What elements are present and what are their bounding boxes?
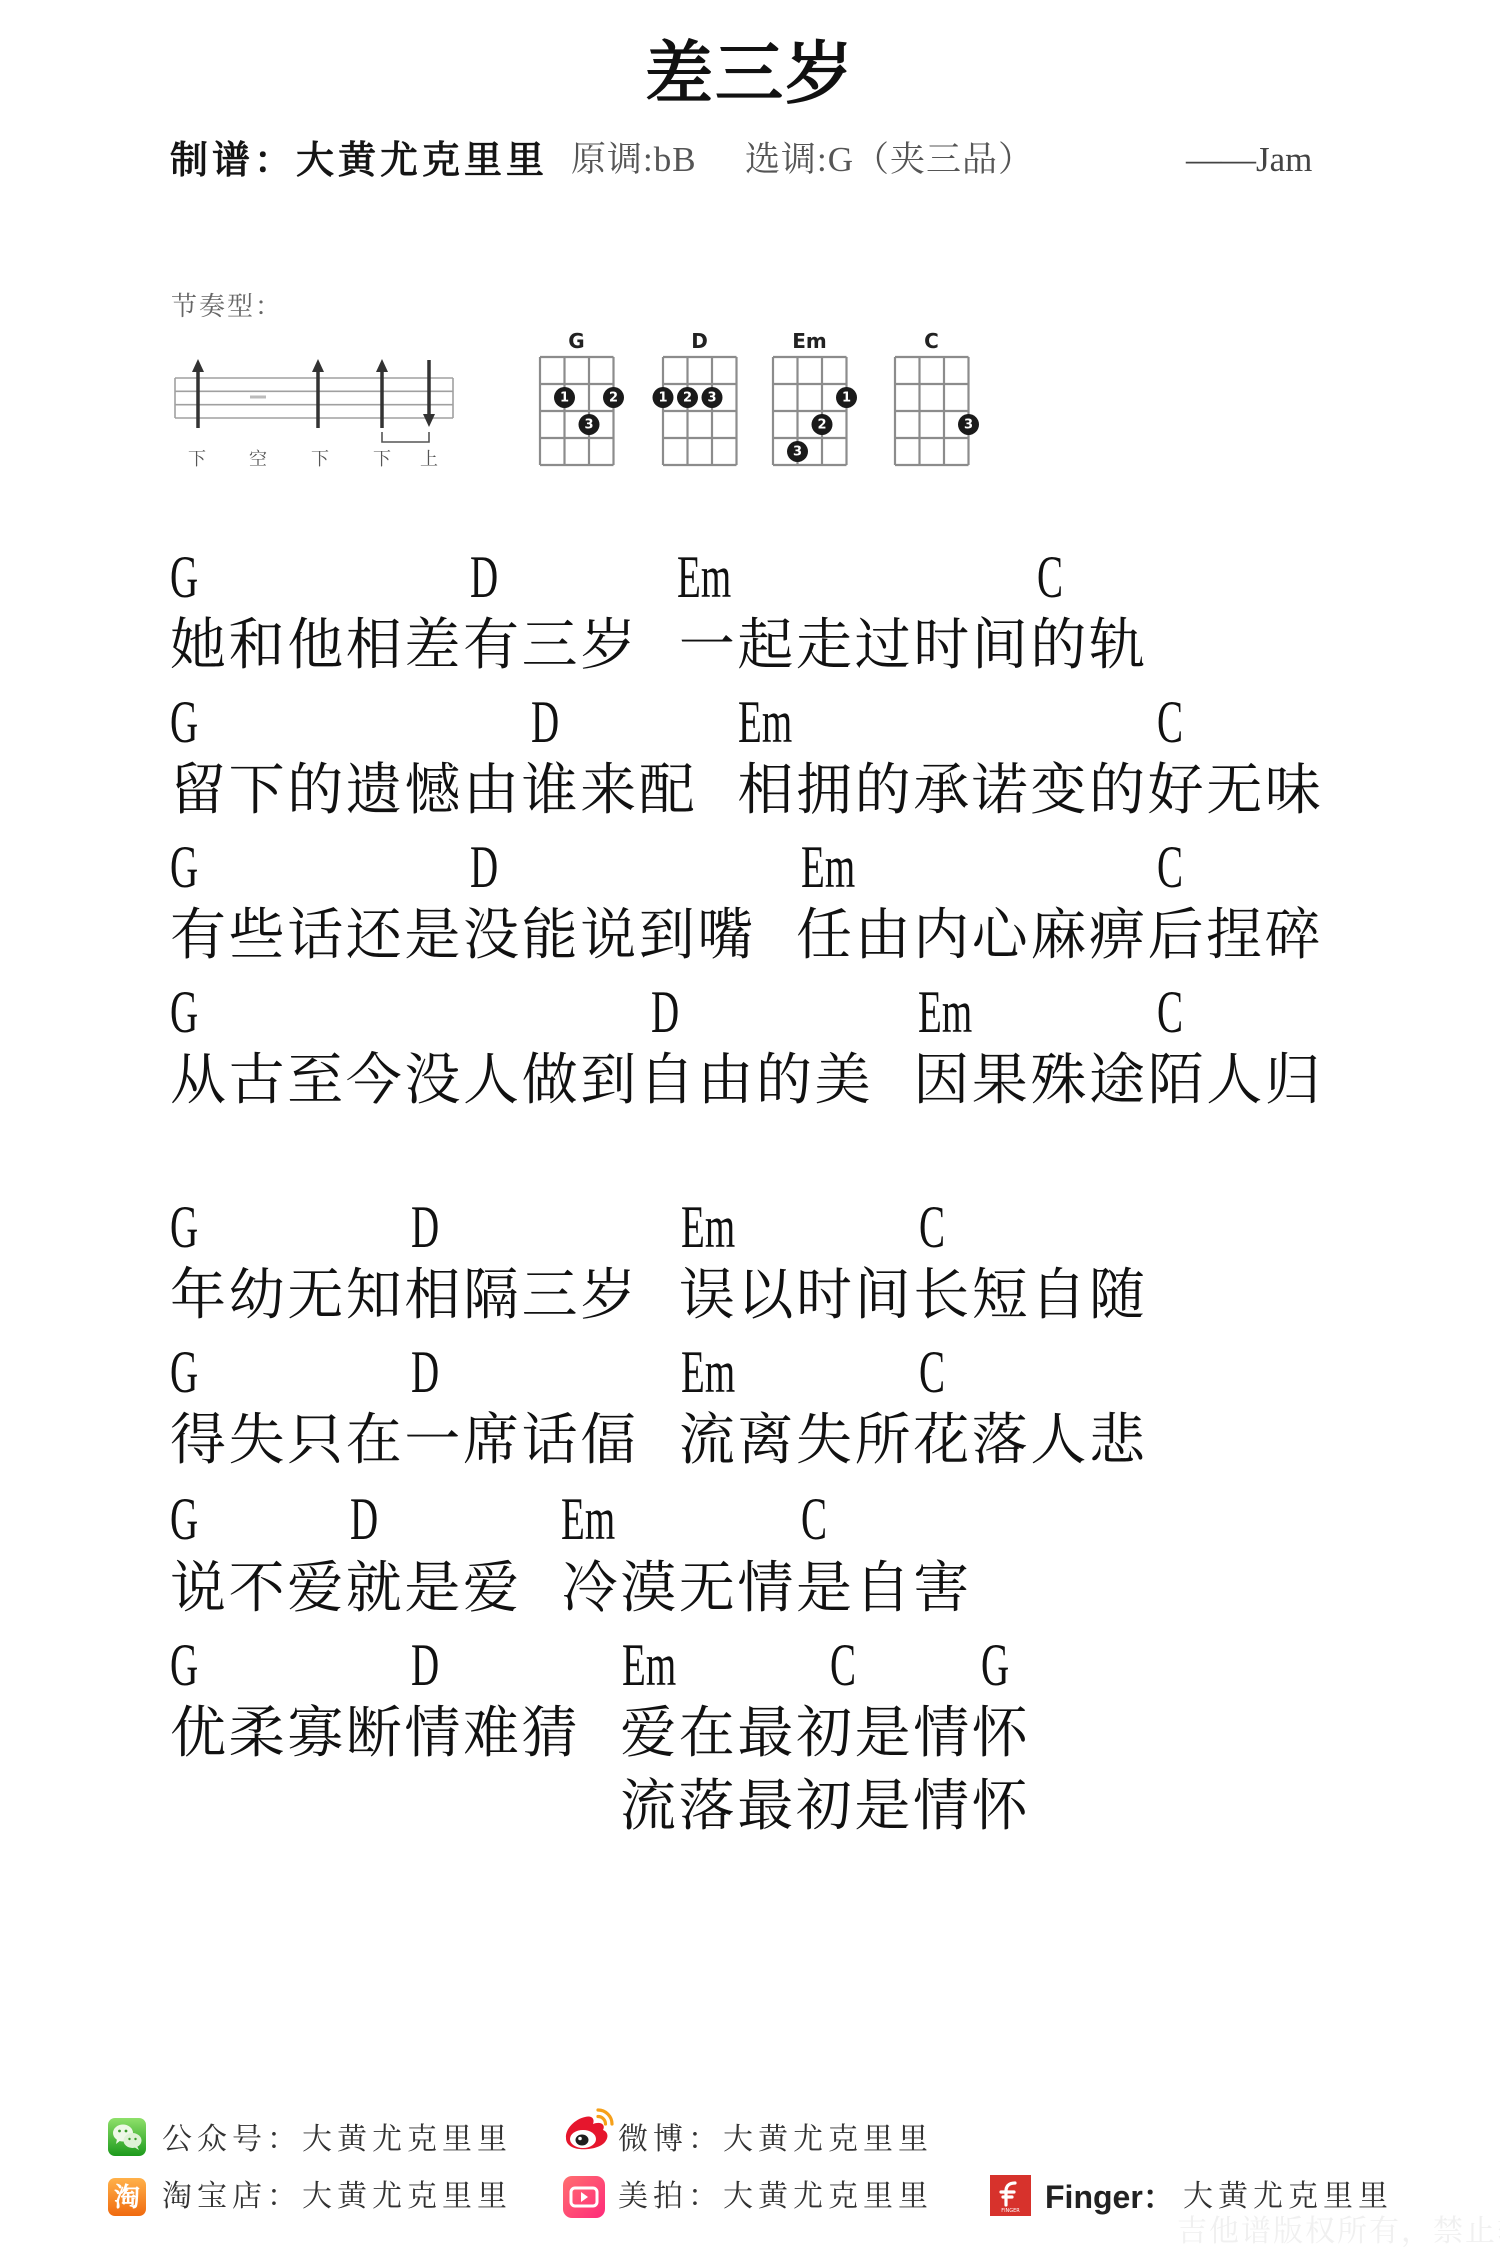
lyric-line: 从古至今没人做到自由的美因果殊途陌人归 [170, 1053, 1323, 1109]
lyric-phrase: 年幼无知相隔三岁 [170, 1263, 639, 1328]
eighth-note-bracket [382, 432, 429, 442]
lyric-line: 流落最初是情怀 [620, 1779, 1030, 1835]
strum-down-arrow-icon [423, 360, 435, 427]
svg-text:3: 3 [584, 418, 593, 433]
footer-value: 大黄尤克里里 [302, 2179, 512, 2214]
chord-label: Em [918, 982, 972, 1042]
lyric-phrase: 有些话还是没能说到嘴 [170, 903, 756, 968]
chord-label: Em [561, 1489, 615, 1549]
lyric-line: 说不爱就是爱冷漠无情是自害 [170, 1561, 972, 1617]
watermark: 吉他谱版权所有，禁止转载 [1177, 2214, 1500, 2250]
chord-label: G [170, 1342, 198, 1402]
footer-label: 美拍： [618, 2179, 723, 2214]
lyric-phrase: 留下的遗憾由谁来配 [170, 758, 697, 823]
footer-label: 公众号： [162, 2122, 302, 2157]
finger-dot: 3 [787, 441, 808, 462]
footer-label: 淘宝店： [162, 2179, 302, 2214]
footer-value: 大黄尤克里里 [723, 2179, 933, 2214]
stroke-label: 下 [370, 449, 394, 471]
stroke-label: 下 [308, 449, 332, 471]
selected-key: 选调:G（夹三品） [745, 140, 1034, 180]
lyric-line: 优柔寡断情难猜爱在最初是情怀 [170, 1706, 1030, 1762]
lyric-phrase: 说不爱就是爱 [170, 1556, 522, 1621]
lyric-phrase: 爱在最初是情怀 [620, 1701, 1030, 1766]
song-title: 差三岁 [0, 40, 1500, 110]
finger-app-icon: FINGER [990, 2175, 1031, 2220]
chord-label: C [1157, 982, 1183, 1042]
staff-lines [175, 378, 453, 418]
lyric-phrase: 得失只在一席话偪 [170, 1408, 639, 1473]
chord-label: Em [801, 837, 855, 897]
chord-label: C [801, 1489, 827, 1549]
finger-dot: 1 [554, 387, 575, 408]
finger-dot: 2 [677, 387, 698, 408]
footer-value: 大黄尤克里里 [723, 2122, 933, 2157]
chord-label: Em [681, 1342, 735, 1402]
lyric-phrase: 任由内心麻痹后捏碎 [796, 903, 1323, 968]
chord-label: D [350, 1489, 378, 1549]
svg-text:3: 3 [793, 445, 802, 460]
lyric-phrase: 她和他相差有三岁 [170, 613, 639, 678]
footer-meipai-text: 美拍：大黄尤克里里 [618, 2177, 933, 2217]
chord-label: G [170, 547, 198, 607]
lyric-line: 留下的遗憾由谁来配相拥的承诺变的好无味 [170, 763, 1323, 819]
chord-diagram-g: G 1 2 3 [525, 325, 630, 475]
svg-text:2: 2 [817, 418, 826, 433]
footer-value: 大黄尤克里里 [302, 2122, 512, 2157]
chord-diagram-d: D 1 2 3 [648, 325, 753, 475]
lyric-phrase: 流落最初是情怀 [620, 1774, 1030, 1839]
chord-label: D [411, 1635, 439, 1695]
rhythm-label: 节奏型： [171, 292, 283, 322]
chord-label: D [411, 1197, 439, 1257]
svg-text:3: 3 [964, 418, 973, 433]
finger-dot: 1 [653, 387, 674, 408]
arranger-credit: 制谱：大黄尤克里里 [170, 138, 548, 182]
finger-dot: 3 [702, 387, 723, 408]
footer-taobao-text: 淘宝店：大黄尤克里里 [162, 2177, 512, 2217]
weibo-icon [562, 2107, 616, 2157]
svg-text:2: 2 [683, 391, 692, 406]
chord-label: G [170, 1635, 198, 1695]
chord-sheet-page: 差三岁 制谱：大黄尤克里里 原调:bB 选调:G（夹三品） ——Jam 节奏型： [0, 0, 1500, 2252]
stroke-label: 下 [185, 449, 209, 471]
chord-diagram-em: Em 1 2 3 [758, 325, 863, 475]
chord-label: Em [681, 1197, 735, 1257]
chord-label: G [170, 837, 198, 897]
chord-diagram-name: D [648, 328, 751, 354]
finger-dot: 2 [603, 387, 624, 408]
footer-wechat-text: 公众号：大黄尤克里里 [162, 2120, 512, 2160]
stroke-label: 空 [246, 449, 270, 471]
svg-text:3: 3 [707, 391, 716, 406]
chord-label: G [170, 982, 198, 1042]
footer-value: 大黄尤克里里 [1183, 2177, 1393, 2217]
chord-label: C [830, 1635, 856, 1695]
lyric-phrase: 从古至今没人做到自由的美 [170, 1048, 873, 1113]
chord-diagram-name: Em [758, 328, 861, 354]
finger-dot: 3 [958, 414, 979, 435]
chord-diagram-c: C 3 [880, 325, 985, 475]
lyric-phrase: 一起走过时间的轨 [679, 613, 1148, 678]
stroke-label: 上 [417, 449, 441, 471]
chord-diagram-name: G [525, 328, 628, 354]
footer-weibo-text: 微博：大黄尤克里里 [618, 2120, 933, 2160]
chord-label: Em [738, 692, 792, 752]
lyric-phrase: 因果殊途陌人归 [913, 1048, 1323, 1113]
lyric-line: 有些话还是没能说到嘴任由内心麻痹后捏碎 [170, 908, 1323, 964]
svg-text:淘: 淘 [114, 2183, 140, 2213]
chord-label: D [470, 837, 498, 897]
chord-label: C [1157, 837, 1183, 897]
lyric-phrase: 相拥的承诺变的好无味 [737, 758, 1323, 823]
svg-text:1: 1 [560, 391, 569, 406]
lyric-phrase: 流离失所花落人悲 [679, 1408, 1148, 1473]
svg-text:1: 1 [658, 391, 667, 406]
finger-dot: 2 [812, 414, 833, 435]
chord-label: C [919, 1197, 945, 1257]
footer-label: 微博： [618, 2122, 723, 2157]
lyric-phrase: 优柔寡断情难猜 [170, 1701, 580, 1766]
lyric-line: 她和他相差有三岁一起走过时间的轨 [170, 618, 1148, 674]
chord-label: Em [622, 1635, 676, 1695]
lyric-line: 得失只在一席话偪流离失所花落人悲 [170, 1413, 1148, 1469]
chord-label: G [170, 692, 198, 752]
chord-label: D [651, 982, 679, 1042]
chord-label: C [1037, 547, 1063, 607]
arranger-label: 制谱： [170, 138, 296, 182]
chord-label: D [411, 1342, 439, 1402]
chord-label: C [1157, 692, 1183, 752]
chord-label: D [531, 692, 559, 752]
finger-dot: 3 [579, 414, 600, 435]
chord-label: G [981, 1635, 1009, 1695]
chord-label: G [170, 1197, 198, 1257]
meipai-icon [563, 2176, 605, 2222]
chord-label: G [170, 1489, 198, 1549]
chord-label: Em [677, 547, 731, 607]
svg-text:2: 2 [609, 391, 618, 406]
chord-label: C [919, 1342, 945, 1402]
rest-icon [250, 396, 266, 399]
finger-dot: 1 [836, 387, 857, 408]
lyric-phrase: 冷漠无情是自害 [562, 1556, 972, 1621]
svg-text:FINGER: FINGER [1001, 2208, 1020, 2214]
lyric-phrase: 误以时间长短自随 [679, 1263, 1148, 1328]
arranger-name: 大黄尤克里里 [296, 138, 548, 182]
lyric-line: 年幼无知相隔三岁误以时间长短自随 [170, 1268, 1148, 1324]
footer-label: Finger： [1045, 2177, 1175, 2217]
taobao-icon: 淘 [108, 2178, 146, 2220]
wechat-icon [108, 2118, 146, 2160]
chord-diagram-name: C [880, 328, 983, 354]
rhythm-staff [160, 350, 470, 460]
chord-label: D [470, 547, 498, 607]
original-key: 原调:bB [571, 140, 697, 180]
svg-text:1: 1 [842, 391, 851, 406]
artist-credit: ——Jam [1186, 140, 1312, 180]
